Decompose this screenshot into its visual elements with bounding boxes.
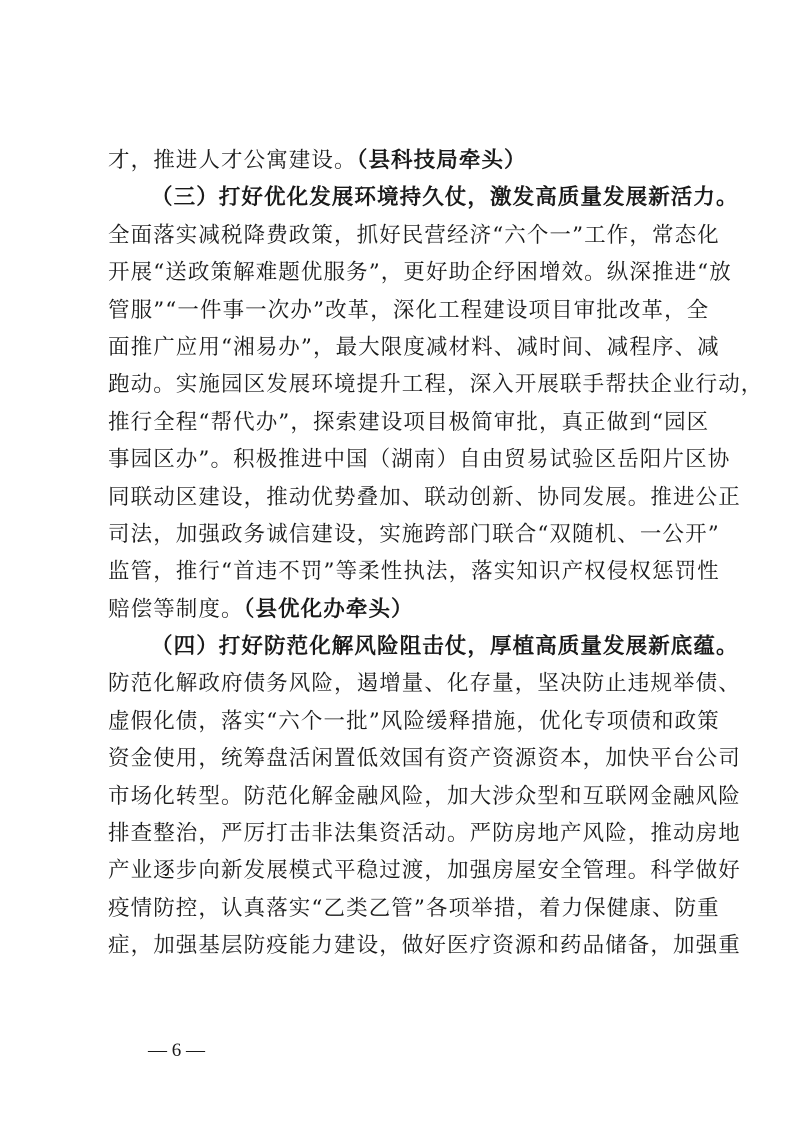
body-text: 才，推进人才公寓建设。（县科技局牵头） （三）打好优化发展环境持久仗，激发高质量…: [108, 142, 700, 965]
page-number: — 6 —: [148, 1040, 205, 1062]
document-page: 才，推进人才公寓建设。（县科技局牵头） （三）打好优化发展环境持久仗，激发高质量…: [0, 0, 794, 1122]
text-line: 监管，推行“首违不罚”等柔性执法，落实知识产权侵权惩罚性: [108, 553, 700, 590]
text-line: 同联动区建设，推动优势叠加、联动创新、协同发展。推进公正: [108, 479, 700, 516]
section-heading-3: （三）打好优化发展环境持久仗，激发高质量发展新活力。: [108, 179, 700, 216]
lead-unit-note: （县科技局牵头）: [357, 148, 527, 173]
text-line: 司法，加强政务诚信建设，实施跨部门联合“双随机、一公开”: [108, 516, 700, 553]
lead-unit-note: （县优化办牵头）: [244, 597, 414, 622]
text-line: 推行全程“帮代办”，探索建设项目极简审批，真正做到“园区: [108, 404, 700, 441]
text-line: 症，加强基层防疫能力建设，做好医疗资源和药品储备，加强重: [108, 927, 700, 964]
text-line: 管服”“一件事一次办”改革，深化工程建设项目审批改革，全: [108, 292, 700, 329]
text-line: 资金使用，统筹盘活闲置低效国有资产资源资本，加快平台公司: [108, 740, 700, 777]
text-line: 疫情防控，认真落实“乙类乙管”各项举措，着力保健康、防重: [108, 890, 700, 927]
text-line: 虚假化债，落实“六个一批”风险缓释措施，优化专项债和政策: [108, 703, 700, 740]
section-heading-4: （四）打好防范化解风险阻击仗，厚植高质量发展新底蕴。: [108, 628, 700, 665]
text-line: 产业逐步向新发展模式平稳过渡，加强房屋安全管理。科学做好: [108, 852, 700, 889]
text-line: 全面落实减税降费政策，抓好民营经济“六个一”工作，常态化: [108, 217, 700, 254]
text-line: 开展“送政策解难题优服务”，更好助企纾困增效。纵深推进“放: [108, 254, 700, 291]
text-line: 事园区办”。积极推进中国（湖南）自由贸易试验区岳阳片区协: [108, 441, 700, 478]
line-text: 才，推进人才公寓建设。: [108, 148, 357, 173]
text-line: 排查整治，严厉打击非法集资活动。严防房地产风险，推动房地: [108, 815, 700, 852]
text-line: 才，推进人才公寓建设。（县科技局牵头）: [108, 142, 700, 179]
text-line: 跑动。实施园区发展环境提升工程，深入开展联手帮扶企业行动，: [108, 366, 700, 403]
text-line: 市场化转型。防范化解金融风险，加大涉众型和互联网金融风险: [108, 778, 700, 815]
text-line: 面推广应用“湘易办”，最大限度减材料、减时间、减程序、减: [108, 329, 700, 366]
line-text: 赔偿等制度。: [108, 597, 244, 622]
text-line: 赔偿等制度。（县优化办牵头）: [108, 591, 700, 628]
text-line: 防范化解政府债务风险，遏增量、化存量，坚决防止违规举债、: [108, 665, 700, 702]
